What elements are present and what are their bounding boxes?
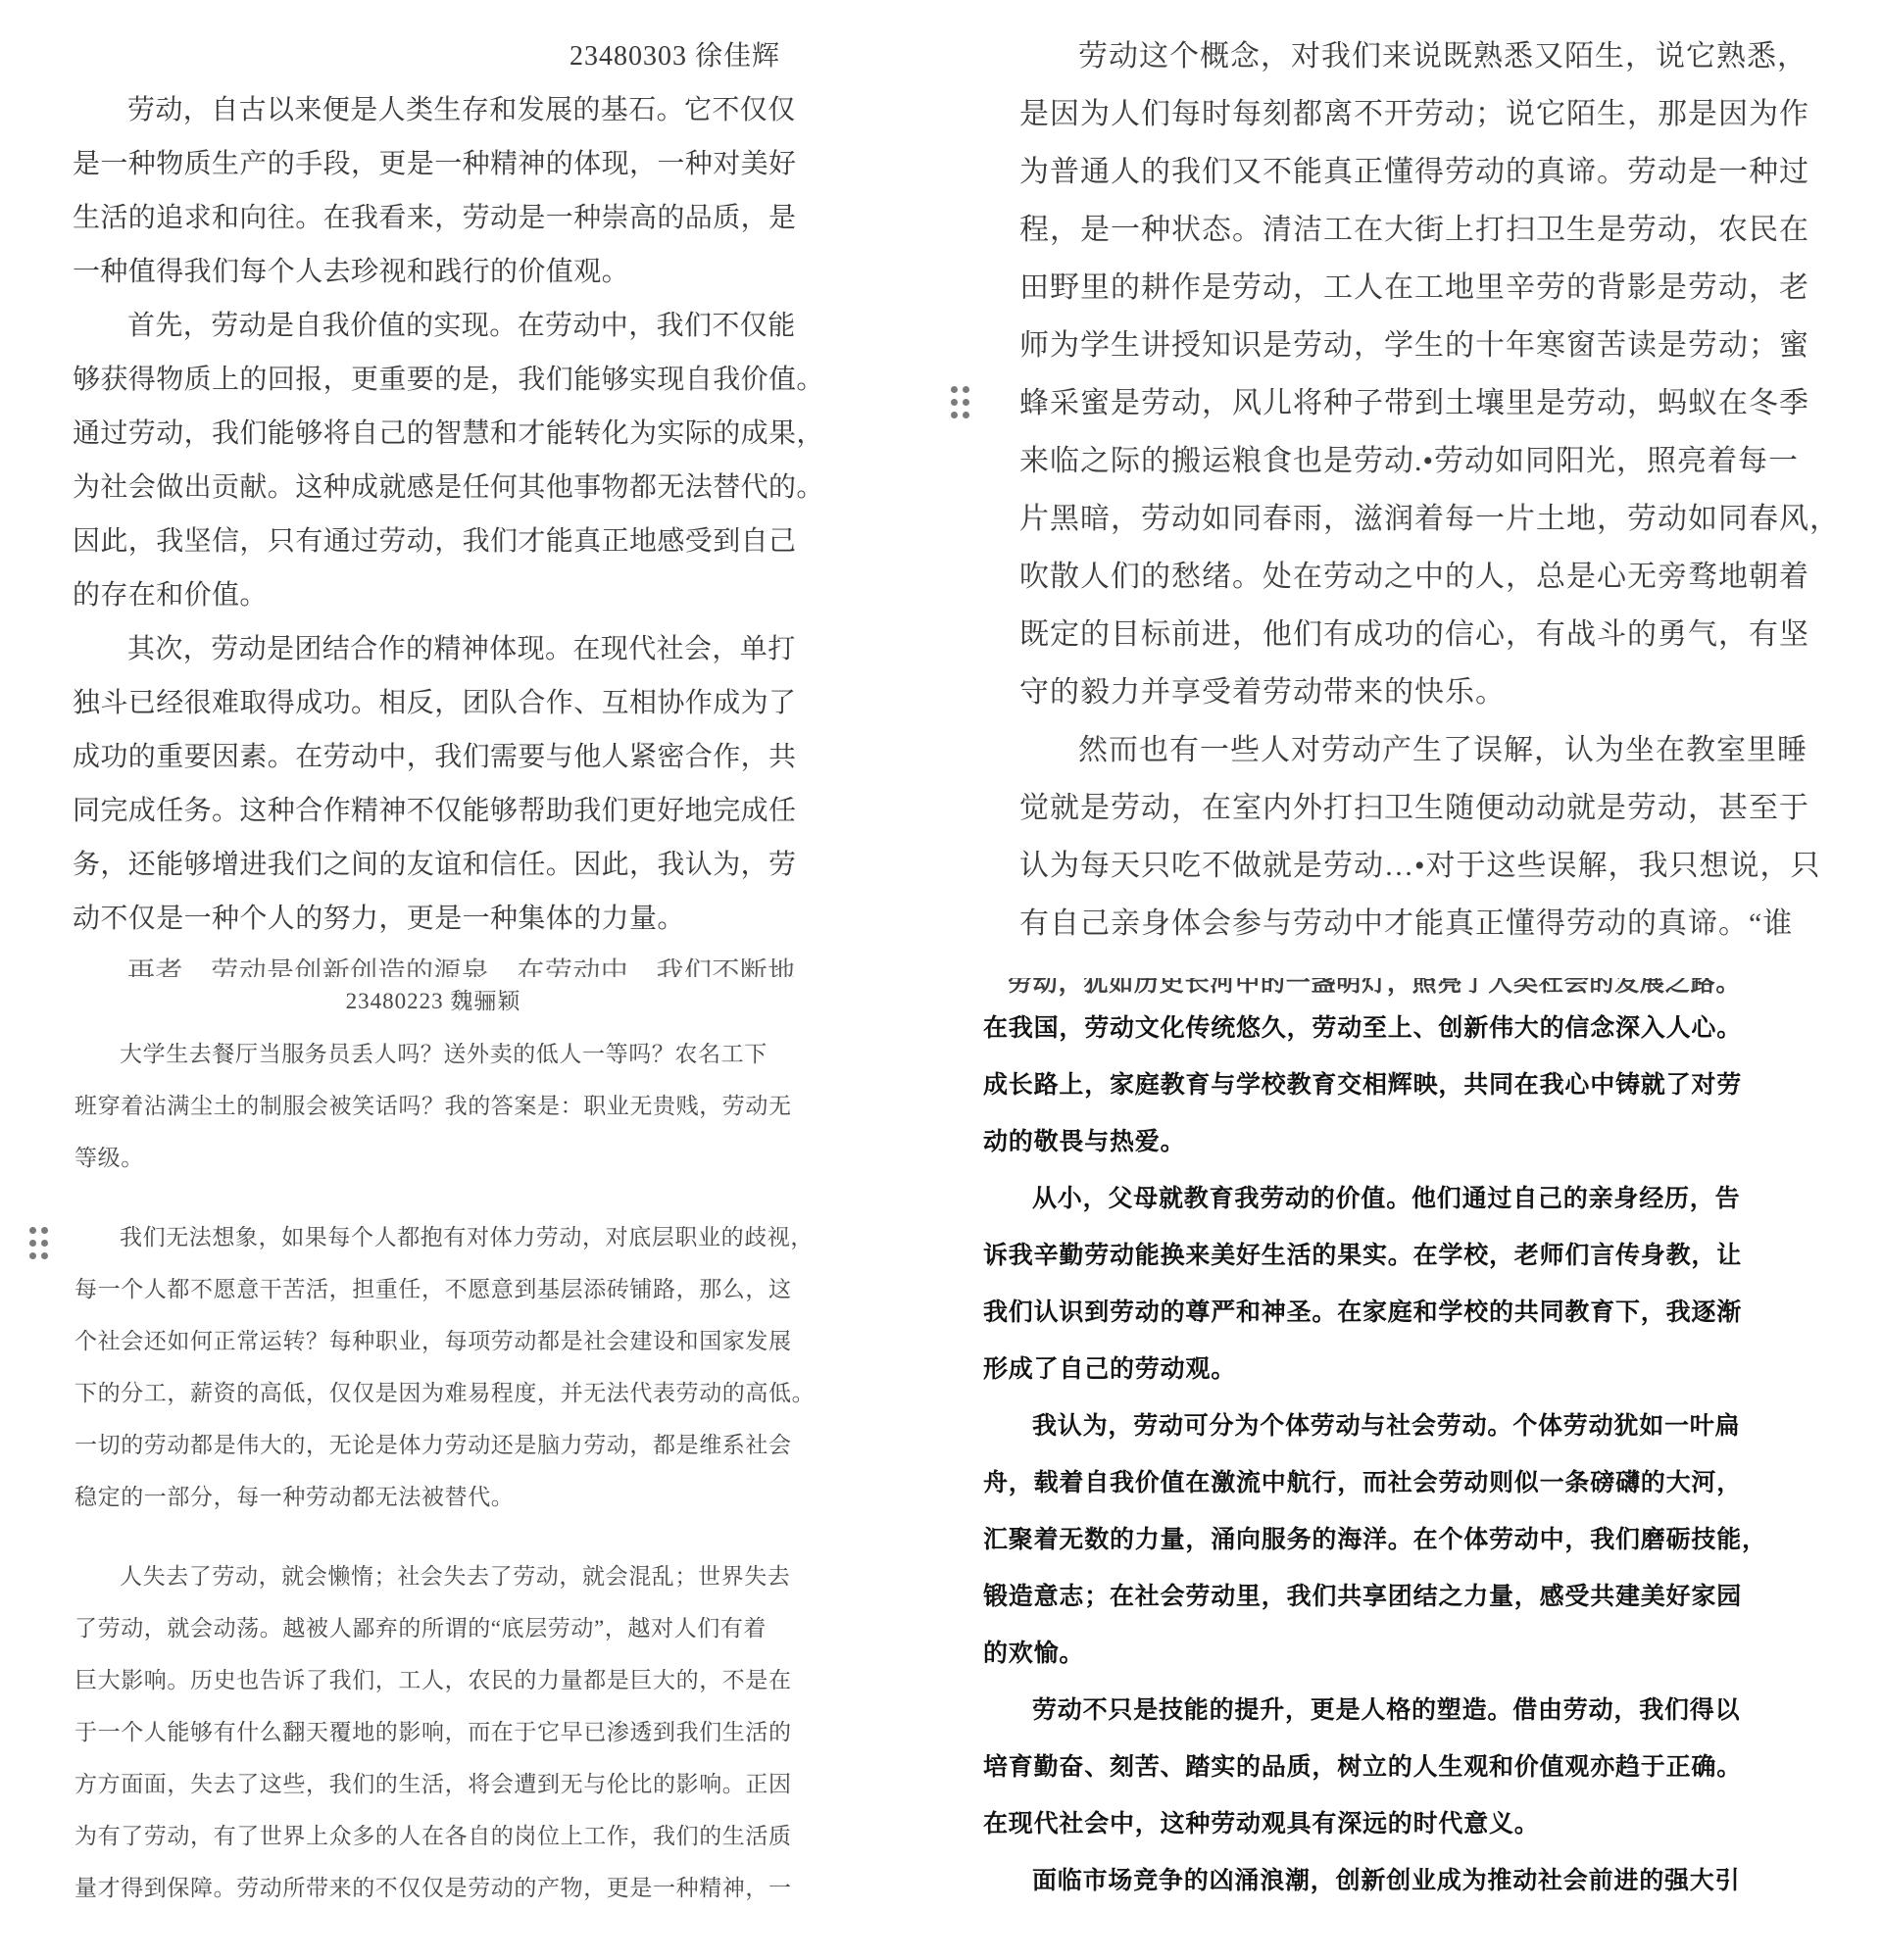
text-line: 劳动不只是技能的提升，更是人格的塑造。借由劳动，我们得以 [983, 1682, 1826, 1739]
handle-dot [41, 1240, 48, 1247]
text-line: 劳动这个概念，对我们来说既熟悉又陌生，说它熟悉， [1019, 27, 1811, 85]
handle-dot [41, 1252, 48, 1259]
text-line: 务，还能够增进我们之间的友谊和信任。因此，我认为，劳 [73, 838, 798, 892]
text-line: 然而也有一些人对劳动产生了误解，认为坐在教室里睡 [1019, 721, 1811, 779]
text-line: 大学生去餐厅当服务员丢人吗？送外卖的低人一等吗？农名工下 [74, 1028, 792, 1080]
text-line: 其次，劳动是团结合作的精神体现。在现代社会，单打 [73, 622, 798, 676]
handle-dot [29, 1252, 36, 1259]
text-line: 一种值得我们每个人去珍视和践行的价值观。 [73, 245, 798, 299]
text-line: 人失去了劳动，就会懒惰；社会失去了劳动，就会混乱；世界失去 [74, 1550, 792, 1602]
text-line: 为普通人的我们又不能真正懂得劳动的真谛。劳动是一种过 [1019, 143, 1811, 201]
blank-line [74, 1184, 792, 1211]
page: { "page": {"background": "#ffffff"}, "ic… [0, 0, 1882, 1960]
text-line: 成长路上，家庭教育与学校教育交相辉映，共同在我心中铸就了对劳 [983, 1056, 1826, 1113]
text-line: 方方面面，失去了这些，我们的生活，将会遭到无与伦比的影响。正因 [74, 1758, 792, 1810]
handle-dot [29, 1227, 36, 1234]
text-line: 片黑暗，劳动如同春雨，滋润着每一片土地，劳动如同春风， [1019, 490, 1811, 548]
document-essay-bottom-right: 劳动，犹如历史长河中的一盏明灯，照亮了人类社会的发展之路。在我国，劳动文化传统悠… [983, 978, 1826, 1909]
text-line: 首先，劳动是自我价值的实现。在劳动中，我们不仅能 [73, 299, 798, 353]
text-line: 程，是一种状态。清洁工在大街上打扫卫生是劳动，农民在 [1019, 201, 1811, 259]
text-line: 认为每天只吃不做就是劳动…•对于这些误解，我只想说，只 [1019, 837, 1811, 895]
handle-dot [951, 399, 958, 406]
document-essay-weiliying: 23480223 魏骊颖 大学生去餐厅当服务员丢人吗？送外卖的低人一等吗？农名工… [74, 975, 792, 1914]
text-line: 在我国，劳动文化传统悠久，劳动至上、创新伟大的信念深入人心。 [983, 1000, 1826, 1056]
text-line: 劳动，自古以来便是人类生存和发展的基石。它不仅仅 [73, 83, 798, 137]
text-line: 吹散人们的愁绪。处在劳动之中的人，总是心无旁骛地朝着 [1019, 548, 1811, 606]
text-line: 蜂采蜜是劳动，风儿将种子带到土壤里是劳动，蚂蚁在冬季 [1019, 374, 1811, 432]
text-line: 够获得物质上的回报，更重要的是，我们能够实现自我价值。 [73, 353, 798, 407]
document-essay-top-right: 劳动这个概念，对我们来说既熟悉又陌生，说它熟悉，是因为人们每时每刻都离不开劳动；… [1019, 27, 1811, 953]
text-line: 来临之际的搬运粮食也是劳动.•劳动如同阳光，照亮着每一 [1019, 432, 1811, 490]
text-line: 形成了自己的劳动观。 [983, 1341, 1826, 1397]
handle-dot [963, 386, 969, 393]
text-line: 为有了劳动，有了世界上众多的人在各自的岗位上工作，我们的生活质 [74, 1810, 792, 1862]
text-line: 我认为，劳动可分为个体劳动与社会劳动。个体劳动犹如一叶扁 [983, 1397, 1826, 1454]
text-line: 汇聚着无数的力量，涌向服务的海洋。在个体劳动中，我们磨砺技能， [983, 1511, 1826, 1568]
essay-header-student-id-name: 23480303 徐佳辉 [73, 29, 798, 83]
text-line: 舟，载着自我价值在激流中航行，而社会劳动则似一条磅礴的大河， [983, 1454, 1826, 1511]
text-line: 通过劳动，我们能够将自己的智慧和才能转化为实际的成果， [73, 407, 798, 461]
text-line: 动不仅是一种个人的努力，更是一种集体的力量。 [73, 892, 798, 946]
text-line: 同完成任务。这种合作精神不仅能够帮助我们更好地完成任 [73, 784, 798, 838]
text-line: 于一个人能够有什么翻天覆地的影响，而在于它早已渗透到我们生活的 [74, 1706, 792, 1758]
text-line: 个社会还如何正常运转？每种职业，每项劳动都是社会建设和国家发展 [74, 1315, 792, 1367]
text-line: 面临市场竞争的凶涌浪潮，创新创业成为推动社会前进的强大引 [983, 1852, 1826, 1909]
text-line: 等级。 [74, 1132, 792, 1184]
text-line: 的存在和价值。 [73, 568, 798, 622]
text-line: 田野里的耕作是劳动，工人在工地里辛劳的背影是劳动，老 [1019, 259, 1811, 317]
text-line: 生活的追求和向往。在我看来，劳动是一种崇高的品质，是 [73, 191, 798, 245]
drag-handle-icon[interactable] [29, 1227, 48, 1259]
handle-dot [951, 386, 958, 393]
text-line: 成功的重要因素。在劳动中，我们需要与他人紧密合作，共 [73, 730, 798, 784]
text-line: 一切的劳动都是伟大的，无论是体力劳动还是脑力劳动，都是维系社会 [74, 1419, 792, 1471]
text-line: 下的分工，薪资的高低，仅仅是因为难易程度，并无法代表劳动的高低。 [74, 1367, 792, 1419]
handle-dot [29, 1240, 36, 1247]
text-line: 觉就是劳动，在室内外打扫卫生随便动动就是劳动，甚至于 [1019, 779, 1811, 837]
drag-handle-icon[interactable] [951, 386, 969, 418]
handle-dot [41, 1227, 48, 1234]
text-line-clipped: 再者，劳动是创新创造的源泉，在劳动中，我们不断地 [73, 946, 798, 977]
text-line: 锻造意志；在社会劳动里，我们共享团结之力量，感受共建美好家园 [983, 1568, 1826, 1625]
text-line: 培育勤奋、刻苦、踏实的品质，树立的人生观和价值观亦趋于正确。 [983, 1739, 1826, 1795]
text-line: 既定的目标前进，他们有成功的信心，有战斗的勇气，有坚 [1019, 606, 1811, 663]
text-line: 有自己亲身体会参与劳动中才能真正懂得劳动的真谛。“谁 [1019, 895, 1811, 953]
text-line: 量才得到保障。劳动所带来的不仅仅是劳动的产物，更是一种精神，一 [74, 1862, 792, 1914]
text-line: 我们无法想象，如果每个人都抱有对体力劳动，对底层职业的歧视， [74, 1211, 792, 1263]
document-essay-xujiahui: 23480303 徐佳辉 劳动，自古以来便是人类生存和发展的基石。它不仅仅是一种… [73, 29, 798, 977]
text-line: 为社会做出贡献。这种成就感是任何其他事物都无法替代的。 [73, 461, 798, 514]
essay-header-student-id-name: 23480223 魏骊颖 [74, 975, 792, 1028]
text-line: 是因为人们每时每刻都离不开劳动；说它陌生，那是因为作 [1019, 85, 1811, 143]
text-line: 诉我辛勤劳动能换来美好生活的果实。在学校，老师们言传身教，让 [983, 1227, 1826, 1284]
text-line: 每一个人都不愿意干苦活，担重任，不愿意到基层添砖铺路，那么，这 [74, 1263, 792, 1315]
handle-dot [963, 399, 969, 406]
text-line: 守的毅力并享受着劳动带来的快乐。 [1019, 663, 1811, 721]
text-line: 巨大影响。历史也告诉了我们，工人，农民的力量都是巨大的，不是在 [74, 1654, 792, 1706]
text-line: 是一种物质生产的手段，更是一种精神的体现，一种对美好 [73, 137, 798, 191]
text-line: 独斗已经很难取得成功。相反，团队合作、互相协作成为了 [73, 676, 798, 730]
text-line: 班穿着沾满尘土的制服会被笑话吗？我的答案是：职业无贵贱，劳动无 [74, 1080, 792, 1132]
handle-dot [963, 412, 969, 418]
text-line: 我们认识到劳动的尊严和神圣。在家庭和学校的共同教育下，我逐渐 [983, 1284, 1826, 1341]
text-line: 在现代社会中，这种劳动观具有深远的时代意义。 [983, 1795, 1826, 1852]
blank-line [74, 1523, 792, 1550]
text-line: 因此，我坚信，只有通过劳动，我们才能真正地感受到自己 [73, 514, 798, 568]
text-line: 了劳动，就会动荡。越被人鄙弃的所谓的“底层劳动”，越对人们有着 [74, 1602, 792, 1654]
text-line: 从小，父母就教育我劳动的价值。他们通过自己的亲身经历，告 [983, 1170, 1826, 1227]
text-line: 动的敬畏与热爱。 [983, 1113, 1826, 1170]
text-line: 师为学生讲授知识是劳动，学生的十年寒窗苦读是劳动；蜜 [1019, 317, 1811, 374]
handle-dot [951, 412, 958, 418]
text-line-clipped: 劳动，犹如历史长河中的一盏明灯，照亮了人类社会的发展之路。 [983, 978, 1826, 1000]
text-line: 稳定的一部分，每一种劳动都无法被替代。 [74, 1471, 792, 1523]
text-line: 的欢愉。 [983, 1625, 1826, 1682]
